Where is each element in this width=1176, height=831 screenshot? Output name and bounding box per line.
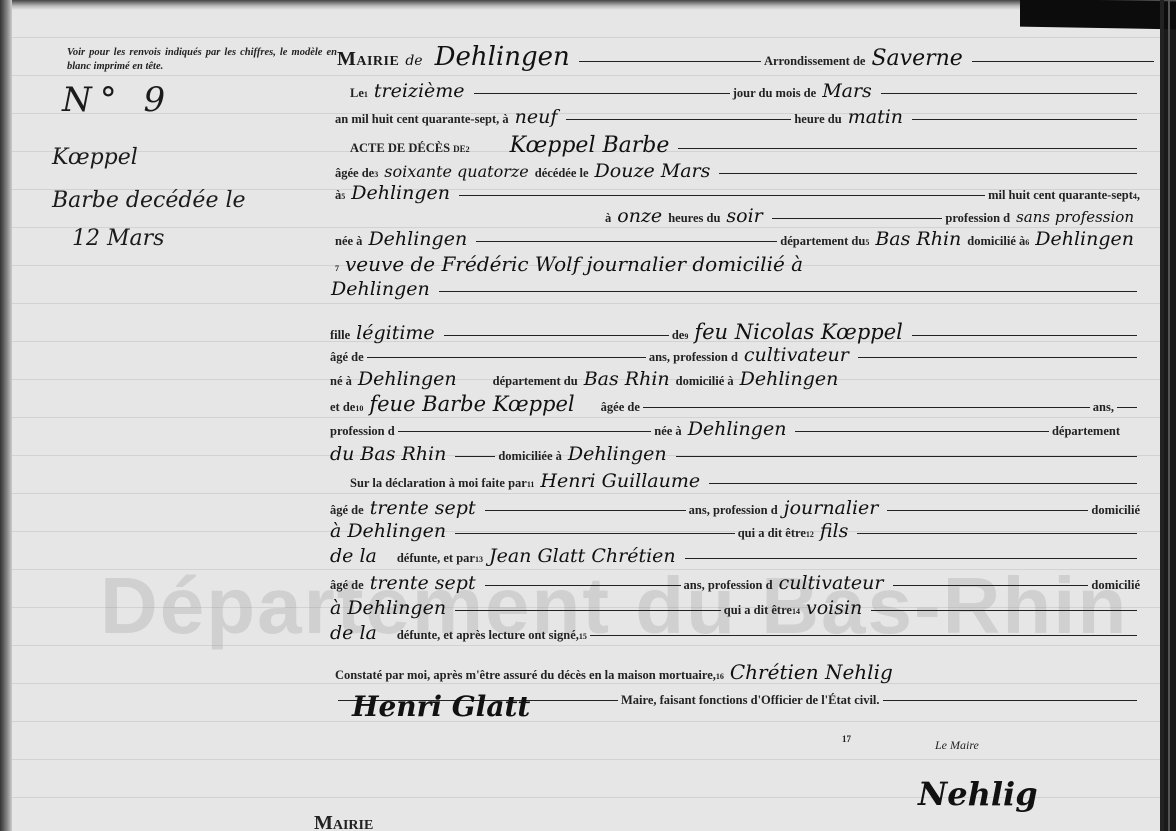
second-declarant-line: de la défunte, et par13 Jean Glatt Chrét… [330, 545, 1140, 567]
first-domicile-value: Dehlingen [347, 520, 446, 542]
month-label: jour du mois de [733, 86, 816, 101]
mairie-value: Dehlingen [435, 42, 570, 72]
father-domicile-label: domicilié à [676, 374, 734, 389]
arrondissement-value: Saverne [871, 46, 962, 71]
second-relation-label: qui a dit être [724, 603, 792, 618]
note-ref: 14 [792, 607, 800, 616]
time-value: onze [617, 205, 662, 227]
second-of-label: de la [330, 622, 377, 644]
page-border-right-inner [1168, 0, 1170, 831]
year-text: an mil huit cent quarante-sept, à [335, 112, 509, 127]
deceased-name: Kœppel Barbe [510, 133, 670, 158]
father-name: feu Nicolas Kœppel [694, 320, 903, 344]
mairie-label: Mairie [337, 48, 399, 71]
filiation-value: légitime [356, 322, 435, 344]
mother-name: feue Barbe Kœppel [369, 392, 574, 416]
constat-mayor-name: Chrétien Nehlig [730, 660, 893, 684]
note-ref: 3 [374, 170, 378, 179]
signature-note: 17 [842, 734, 851, 744]
mother-dept-prefix: du [330, 443, 354, 465]
second-declarant-domicile-line: à Dehlingen qui a dit être14 voisin [330, 597, 1140, 619]
time-suffix: heures du [668, 211, 720, 226]
first-domicile-prefix: à [330, 520, 341, 542]
note-ref: 1 [364, 90, 368, 99]
mother-age-suffix: ans, [1093, 400, 1114, 415]
note-ref: 15 [579, 632, 587, 641]
mairie-prefix: de [405, 53, 422, 69]
time-line: à onze heures du soir profession d sans … [335, 205, 1140, 227]
filiation-label: fille [330, 328, 350, 343]
place-line: à5 Dehlingen mil huit cent quarante-sept… [335, 182, 1140, 204]
father-age-label: âgé de [330, 350, 364, 365]
mother-domicile-label: domiciliée à [498, 449, 562, 464]
first-of-label: de la [330, 545, 377, 567]
domicile-label: domicilié à [967, 234, 1025, 249]
born-label: née à [335, 234, 362, 249]
margin-annotation-line: Barbe decédée le [52, 188, 246, 213]
father-profession-label: ans, profession d [649, 350, 738, 365]
mother-label: et de [330, 400, 355, 415]
mother-line: et de10 feue Barbe Kœppel âgée de ans, [330, 392, 1140, 416]
declaration-intro: Sur la déclaration à moi faite par [350, 476, 527, 491]
margin-instruction: Voir pour les renvois indiqués par les c… [67, 46, 337, 74]
mother-profession-line: profession d née à Dehlingen département [330, 418, 1120, 440]
domicile-value: Dehlingen [1035, 228, 1134, 250]
profession-label: profession d [945, 211, 1010, 226]
first-profession-value: journalier [784, 497, 879, 519]
born-value: Dehlingen [368, 228, 467, 250]
page-border-right [1160, 0, 1164, 831]
death-date-label: décédée le [535, 166, 589, 181]
first-relation-value: fils [820, 520, 849, 542]
note-ref: 2 [466, 145, 470, 154]
first-domicile-label: domicilié [1091, 503, 1140, 518]
next-record-mairie: Mairie [314, 812, 373, 831]
place-value: Dehlingen [351, 182, 450, 204]
month-value: Mars [822, 80, 872, 102]
second-age-label: âgé de [330, 578, 364, 593]
father-born-value: Dehlingen [358, 368, 457, 390]
mother-dept-value: Bas Rhin [360, 443, 446, 465]
first-declarant-name: Henri Guillaume [540, 470, 700, 492]
hour-label: heure du [794, 112, 841, 127]
first-declarant-age-line: âgé de trente sept ans, profession d jou… [330, 497, 1140, 519]
defunt-label: défunte, et par [397, 551, 475, 566]
first-profession-label: ans, profession d [689, 503, 778, 518]
father-born-label: né à [330, 374, 352, 389]
margin-column: Voir pour les renvois indiqués par les c… [12, 0, 330, 831]
year-line: an mil huit cent quarante-sept, à neuf h… [335, 106, 1140, 128]
second-declarant-age-line: âgé de trente sept ans, profession d cul… [330, 572, 1140, 594]
second-domicile-label: domicilié [1091, 578, 1140, 593]
second-relation-value: voisin [806, 597, 862, 619]
first-age-value: trente sept [370, 497, 476, 519]
scan-edge-left [0, 0, 12, 831]
spouse-line: 7 veuve de Frédéric Wolf journalier domi… [335, 252, 1140, 276]
mother-dept-label: département [1052, 424, 1120, 439]
margin-annotation-line: Kœppel [52, 145, 138, 170]
note-ref: 11 [527, 480, 535, 489]
departement-value: Bas Rhin [875, 228, 961, 250]
note-ref: 16 [716, 672, 724, 681]
second-profession-value: cultivateur [779, 572, 884, 594]
father-born-line: né à Dehlingen département du Bas Rhin d… [330, 368, 1140, 390]
mother-domicile-value: Dehlingen [568, 443, 667, 465]
departement-label: département du [780, 234, 865, 249]
first-relation-label: qui a dit être [738, 526, 806, 541]
header-line: Mairie de Dehlingen Arrondissement de Sa… [337, 42, 1157, 72]
declarant-signature: Henri Glatt [352, 690, 530, 723]
note-ref: 10 [355, 404, 363, 413]
acte-line: ACTE DE DÉCÈS de2 Kœppel Barbe [350, 133, 1140, 158]
mother-age-label: âgée de [601, 400, 640, 415]
day-line: Le1 treizième jour du mois de Mars [350, 80, 1140, 102]
period-value: matin [848, 106, 903, 128]
profession-value: sans profession [1016, 208, 1134, 226]
margin-annotation-line: 12 Mars [72, 226, 164, 251]
note-ref: 9 [684, 332, 688, 341]
father-profession: cultivateur [744, 344, 849, 366]
spouse-place-line: Dehlingen [325, 278, 1140, 300]
constat-line: Constaté par moi, après m'être assuré du… [335, 660, 1140, 684]
second-domicile-prefix: à [330, 597, 341, 619]
note-ref: 7 [335, 264, 339, 273]
year-of-death: mil huit cent quarante-sept [988, 188, 1133, 203]
second-domicile-value: Dehlingen [347, 597, 446, 619]
note-ref: 12 [806, 530, 814, 539]
spouse-text: veuve de Frédéric Wolf journalier domici… [345, 252, 803, 276]
hour-value: neuf [515, 106, 558, 128]
age-line: âgée de3 soixante quatorze décédée le Do… [335, 160, 1140, 182]
register-page: Département du Bas-Rhin Voir pour les re… [0, 0, 1160, 831]
constat-text: Constaté par moi, après m'être assuré du… [335, 668, 716, 683]
acte-label: ACTE DE DÉCÈS de [350, 141, 466, 156]
father-dept-label: département du [493, 374, 578, 389]
note-ref: 5 [341, 192, 345, 201]
note-ref: 5 [865, 238, 869, 247]
spouse-place: Dehlingen [331, 278, 430, 300]
time-label: à [605, 211, 611, 226]
father-age-line: âgé de ans, profession d cultivateur [330, 344, 1140, 366]
scan-edge-top [0, 0, 1176, 10]
time-period: soir [726, 205, 762, 227]
age-value: soixante quatorze [384, 162, 529, 181]
father-dept-value: Bas Rhin [584, 368, 670, 390]
death-date-value: Douze Mars [595, 160, 711, 182]
age-label: âgée de [335, 166, 374, 181]
day-label: Le [350, 86, 364, 101]
mayor-label: Le Maire [935, 738, 979, 753]
mother-born-value: Dehlingen [688, 418, 787, 440]
margin-record-number: N° 9 [62, 80, 173, 120]
father-domicile-value: Dehlingen [740, 368, 839, 390]
role-text: Maire, faisant fonctions d'Officier de l… [621, 693, 880, 708]
first-declarant-domicile-line: à Dehlingen qui a dit être12 fils [330, 520, 1140, 542]
arrondissement-label: Arrondissement de [764, 54, 866, 69]
father-label: de [672, 328, 685, 343]
filiation-line: fille légitime de9 feu Nicolas Kœppel [330, 320, 1140, 344]
scan-edge-dark [1020, 0, 1176, 29]
note-ref: 6 [1025, 238, 1029, 247]
mayor-signature: Nehlig [918, 775, 1038, 813]
note-ref: 13 [475, 555, 483, 564]
second-declarant-name: Jean Glatt Chrétien [489, 545, 676, 567]
second-age-value: trente sept [370, 572, 476, 594]
born-line: née à Dehlingen département du5 Bas Rhin… [335, 228, 1140, 250]
closing-line: de la défunte, et après lecture ont sign… [330, 622, 1140, 644]
mother-domicile-line: du Bas Rhin domiciliée à Dehlingen [330, 443, 1140, 465]
mother-born-label: née à [654, 424, 681, 439]
first-age-label: âgé de [330, 503, 364, 518]
day-value: treizième [374, 80, 465, 102]
closing-text: défunte, et après lecture ont signé, [397, 628, 579, 643]
second-profession-label: ans, profession d [684, 578, 773, 593]
declaration-line: Sur la déclaration à moi faite par11 Hen… [350, 470, 1140, 492]
mother-profession-label: profession d [330, 424, 395, 439]
